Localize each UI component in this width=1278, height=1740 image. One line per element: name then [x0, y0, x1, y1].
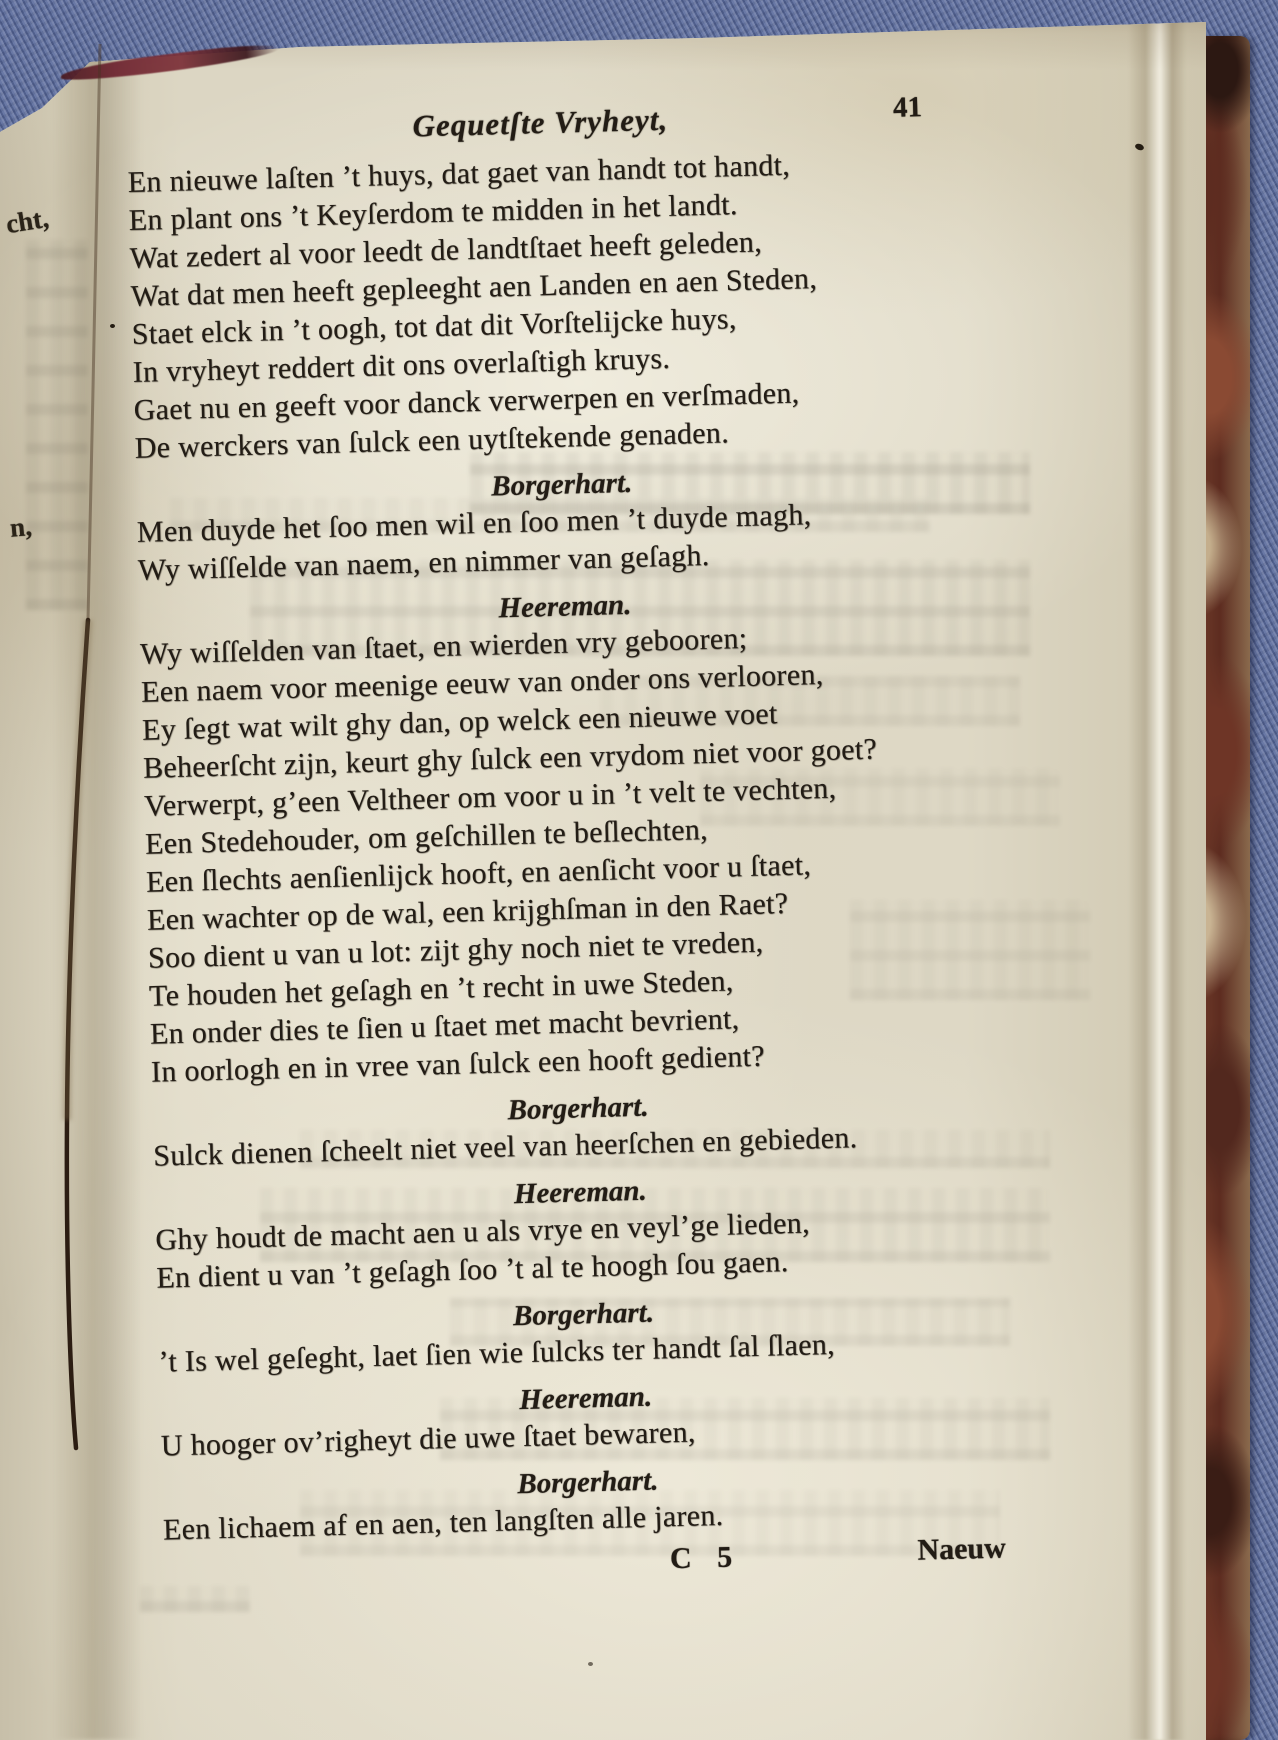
speaker-heading: Borgerhart.	[152, 1079, 1005, 1137]
verse-line: Beheerſcht zijn, keurt ghy ſulck een vry…	[143, 727, 996, 787]
verse-line: Ey ſegt wat wilt ghy dan, op welck een n…	[142, 689, 995, 749]
show-through-smudge	[300, 1490, 1000, 1556]
poem: En nieuwe laſten ’t huys, dat gaet van h…	[127, 142, 1015, 1550]
speaker-heading: Heereman.	[154, 1163, 1007, 1221]
verse-line: Wy wiſſelde van naem, en nimmer van geſa…	[137, 530, 990, 590]
speaker-heading: Borgerhart.	[162, 1453, 1015, 1511]
show-through-smudge	[600, 676, 1020, 726]
show-through-smudge	[26, 240, 88, 610]
show-through-smudge	[700, 768, 1060, 826]
ink-speck	[1134, 143, 1145, 152]
verse-line: In oorlogh en in vree van ſulck een hoof…	[151, 1031, 1004, 1091]
verse-line: Te houden het geſagh en ’t recht in uwe …	[149, 955, 1002, 1015]
verse-line: Een lichaem af en aen, ten langſten alle…	[163, 1489, 1016, 1549]
book-page: cht, n, Gequetſte Vryheyt, 41 En nieuwe …	[0, 0, 1206, 1740]
page-number: 41	[893, 91, 923, 125]
speaker-heading: Heereman.	[159, 1369, 1012, 1427]
gutter-shadow	[52, 0, 142, 1740]
show-through-smudge	[250, 560, 1030, 656]
speaker-heading: Borgerhart.	[135, 456, 988, 514]
verse-line: En nieuwe laſten ’t huys, dat gaet van h…	[127, 142, 980, 202]
verse-line: Een Stedehouder, om geſchillen te beſlec…	[145, 803, 998, 863]
show-through-smudge	[170, 498, 930, 532]
running-head: Gequetſte Vryheyt, 41	[126, 94, 979, 164]
page-footer: C 5 Naeuw	[164, 1531, 1017, 1597]
verse-line: Een wachter op de wal, een krijghſman in…	[147, 879, 1000, 939]
speaker-heading: Heereman.	[139, 578, 992, 636]
verse-line: Wat zedert al voor leedt de landtſtaet h…	[129, 218, 982, 278]
running-title: Gequetſte Vryheyt,	[114, 94, 967, 152]
show-through-smudge	[140, 1586, 250, 1612]
show-through-smudge	[300, 1130, 1050, 1168]
verse-line: In vryheyt reddert dit ons overlaſtigh k…	[132, 332, 985, 392]
ink-speck	[110, 324, 115, 328]
verse-line: Wat dat men heeft gepleeght aen Landen e…	[130, 256, 983, 316]
verse-line: En onder dies te ſien u ſtaet met macht …	[150, 993, 1003, 1053]
verse-line: Gaet nu en geeft voor danck verwerpen en…	[133, 370, 986, 430]
show-through-smudge	[440, 1398, 1050, 1460]
facing-page-fragment: n,	[9, 511, 33, 544]
verse-line: Soo dient u van u lot: zijt ghy noch nie…	[148, 917, 1001, 977]
verse-line: Een naem voor meenige eeuw van onder ons…	[141, 652, 994, 712]
text-block: Gequetſte Vryheyt, 41 En nieuwe laſten ’…	[126, 94, 1017, 1598]
show-through-smudge	[450, 1298, 1010, 1346]
verse-line: Sulck dienen ſcheelt niet veel van heerſ…	[153, 1115, 1006, 1175]
photographed-book-page: cht, n, Gequetſte Vryheyt, 41 En nieuwe …	[0, 0, 1278, 1740]
verse-line: Verwerpt, g’een Veltheer om voor u in ’t…	[144, 765, 997, 825]
catchword: Naeuw	[917, 1531, 1006, 1567]
show-through-smudge	[260, 1188, 1050, 1262]
verse-line: En plant ons ’t Keyſerdom te midden in h…	[128, 180, 981, 240]
verse-line: Men duyde het ſoo men wil en ſoo men ’t …	[136, 492, 989, 552]
show-through-smudge	[470, 452, 1030, 514]
verse-line: ’t Is wel geſeght, laet ſien wie ſulcks …	[158, 1321, 1011, 1381]
verse-line: En dient u van ’t geſagh ſoo ’t al te ho…	[156, 1237, 1009, 1297]
page-edge-ridge	[1128, 20, 1186, 1740]
show-through-smudge	[850, 900, 1090, 1000]
ink-speck	[588, 1662, 593, 1666]
verse-line: De werckers van ſulck een uytſtekende ge…	[134, 408, 987, 468]
verse-line: Een ſlechts aenſienlijck hooft, en aenſi…	[146, 841, 999, 901]
signature-mark: C 5	[670, 1540, 742, 1576]
verse-line: U hooger ov’righeyt die uwe ſtaet beware…	[160, 1405, 1013, 1465]
verse-line: Staet elck in ’t oogh, tot dat dit Vorſt…	[131, 294, 984, 354]
speaker-heading: Borgerhart.	[157, 1285, 1010, 1343]
verse-line: Wy wiſſelden van ſtaet, en wierden vry g…	[140, 614, 993, 674]
verse-line: Ghy houdt de macht aen u als vrye en vey…	[155, 1199, 1008, 1259]
facing-page-fragment: cht,	[4, 203, 51, 240]
